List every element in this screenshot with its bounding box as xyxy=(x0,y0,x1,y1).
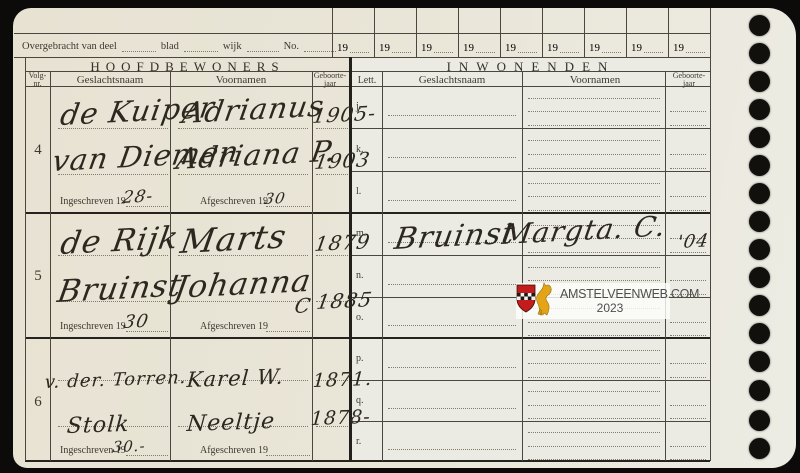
lett-column-header: Lett. xyxy=(352,75,382,86)
gridline-vertical xyxy=(416,8,417,57)
afgeschreven-label: Afgeschreven 19 xyxy=(200,321,268,332)
afgeschreven-label: Afgeschreven 19 xyxy=(200,196,268,207)
writing-line xyxy=(670,459,706,461)
punch-hole xyxy=(749,267,770,288)
firstname-handwritten: Johanna xyxy=(172,263,314,306)
inw-geboortejaar-header: Geboorte- jaar xyxy=(668,72,710,88)
writing-line xyxy=(528,363,660,365)
punch-hole xyxy=(749,43,770,64)
watermark-site-text: AMSTELVEENWEB.COM xyxy=(560,287,670,301)
year-cell: 19 xyxy=(421,42,453,54)
transfer-row: Overgebracht van deel blad wijk No. xyxy=(22,41,341,52)
writing-line xyxy=(528,322,660,324)
gridline-vertical xyxy=(522,71,523,461)
punch-hole xyxy=(749,127,770,148)
punch-hole xyxy=(749,99,770,120)
fill-in-line xyxy=(122,41,156,52)
inwonenden-title: INWONENDEN xyxy=(352,59,710,75)
fill-in-line xyxy=(518,42,537,53)
fill-in-line xyxy=(686,42,705,53)
afgeschreven-label: Afgeschreven 19 xyxy=(200,445,268,456)
crest-lion xyxy=(537,283,552,315)
year-cell: 19 xyxy=(505,42,537,54)
punch-hole xyxy=(749,155,770,176)
writing-line xyxy=(528,432,660,434)
year-cell-label: 19 xyxy=(421,42,432,54)
watermark-year-text: 2023 xyxy=(560,301,660,315)
punch-hole xyxy=(749,183,770,204)
birthyear-handwritten: 1871. xyxy=(312,368,373,392)
writing-line xyxy=(528,98,660,100)
writing-line xyxy=(670,377,706,379)
writing-line xyxy=(528,405,660,407)
writing-line xyxy=(266,331,310,333)
year-cell: 19 xyxy=(673,42,705,54)
year-cell: 19 xyxy=(589,42,621,54)
inw-letter-label: o. xyxy=(356,312,364,323)
writing-line xyxy=(528,154,660,156)
gridline-horizontal xyxy=(352,421,710,422)
gridline-horizontal xyxy=(352,171,710,172)
fill-in-line xyxy=(392,42,411,53)
inw-letter-label: r. xyxy=(356,436,361,447)
punch-hole xyxy=(749,351,770,372)
writing-line xyxy=(528,267,660,269)
year-cell: 19 xyxy=(547,42,579,54)
writing-line xyxy=(670,168,706,170)
transfer-label-no: No. xyxy=(284,41,299,52)
gridline-vertical xyxy=(500,8,501,57)
punch-hole xyxy=(749,211,770,232)
punch-hole xyxy=(749,380,770,401)
ingeschreven-label: Ingeschreven 19 xyxy=(60,196,126,207)
gridline-vertical xyxy=(25,57,26,461)
writing-line xyxy=(388,325,516,327)
gridline-vertical xyxy=(50,71,51,461)
birthyear-handwritten: 1905- xyxy=(311,101,378,128)
writing-line xyxy=(528,140,660,142)
writing-line xyxy=(528,168,660,170)
writing-line xyxy=(670,154,706,156)
writing-line xyxy=(670,418,706,420)
writing-line xyxy=(126,455,168,457)
gridline-vertical xyxy=(584,8,585,57)
writing-line xyxy=(528,183,660,185)
transfer-label-wijk: wijk xyxy=(223,41,242,52)
punch-hole xyxy=(749,323,770,344)
punch-hole xyxy=(749,410,770,431)
gridline-horizontal xyxy=(352,380,710,381)
gridline-vertical xyxy=(382,71,383,461)
gridline-vertical xyxy=(542,8,543,57)
firstname-handwritten: Neeltje xyxy=(186,409,276,437)
hb-geboortejaar-line2: jaar xyxy=(310,80,350,88)
gridline-vertical xyxy=(665,71,666,461)
hb-voornamen-header: Voornamen xyxy=(170,74,312,86)
punch-hole xyxy=(749,239,770,260)
year-cell-label: 19 xyxy=(337,42,348,54)
inw-letter-label: p. xyxy=(356,353,364,364)
scanned-register-page: Overgebracht van deel blad wijk No. 1919… xyxy=(0,0,800,473)
writing-line xyxy=(316,128,348,130)
year-cell-label: 19 xyxy=(379,42,390,54)
punch-hole xyxy=(749,438,770,459)
gridline-vertical xyxy=(458,8,459,57)
fill-in-line xyxy=(350,42,369,53)
writing-line xyxy=(670,335,706,337)
transfer-label-deel: Overgebracht van deel xyxy=(22,41,117,52)
volgnr-header-line2: nr. xyxy=(25,80,50,88)
writing-line xyxy=(388,449,516,451)
surname-handwritten: Stolk xyxy=(66,412,130,439)
writing-line xyxy=(388,367,516,369)
writing-line xyxy=(670,405,706,407)
year-cell-label: 19 xyxy=(463,42,474,54)
gridline-horizontal xyxy=(14,33,710,34)
birthyear-handwritten: 1878- xyxy=(310,406,372,430)
inw-letter-label: m. xyxy=(356,228,366,239)
gridline-horizontal xyxy=(25,86,710,87)
year-cell-label: 19 xyxy=(631,42,642,54)
gridline-horizontal xyxy=(14,57,710,58)
year-cell-label: 19 xyxy=(673,42,684,54)
inw-letter-label: l. xyxy=(356,186,361,197)
writing-line xyxy=(670,196,706,198)
inw-voornamen-header: Voornamen xyxy=(522,74,668,86)
writing-line xyxy=(388,157,516,159)
hb-geslachtsnaam-header: Geslachtsnaam xyxy=(50,74,170,86)
year-cell: 19 xyxy=(337,42,369,54)
inw-letter-label: k. xyxy=(356,144,364,155)
writing-line xyxy=(388,408,516,410)
writing-line xyxy=(528,252,660,254)
year-cell-label: 19 xyxy=(589,42,600,54)
gridline-vertical xyxy=(626,8,627,57)
row-separator-line xyxy=(25,337,710,339)
gridline-vertical xyxy=(668,8,669,57)
volgnr-value: 6 xyxy=(28,394,48,411)
fill-in-line xyxy=(434,42,453,53)
punch-hole xyxy=(749,71,770,92)
writing-line xyxy=(670,210,706,212)
firstname-handwritten: Marts xyxy=(178,217,290,261)
writing-line xyxy=(670,322,706,324)
fill-in-line xyxy=(644,42,663,53)
inw-birthyear-handwritten: '04 xyxy=(676,230,711,253)
gridline-vertical xyxy=(170,71,171,461)
fill-in-line xyxy=(476,42,495,53)
gridline-horizontal xyxy=(352,128,710,129)
writing-line xyxy=(528,196,660,198)
ingeschreven-year-handwritten: 30 xyxy=(122,311,151,333)
ingeschreven-year-handwritten: 30.- xyxy=(112,437,146,456)
writing-line xyxy=(528,111,660,113)
year-cell: 19 xyxy=(379,42,411,54)
writing-line xyxy=(670,363,706,365)
writing-line xyxy=(528,418,660,420)
writing-line xyxy=(670,125,706,127)
inw-letter-label: j. xyxy=(356,101,361,112)
gridline-vertical xyxy=(374,8,375,57)
punch-hole xyxy=(749,15,770,36)
writing-line xyxy=(388,200,516,202)
amstelveen-crest-icon xyxy=(514,281,560,317)
inwonenden-section-background xyxy=(352,57,710,461)
ingeschreven-year-handwritten: 28- xyxy=(121,186,155,208)
volgnr-column-header: Volg- nr. xyxy=(25,72,50,88)
fill-in-line xyxy=(184,41,218,52)
writing-line xyxy=(528,459,660,461)
writing-line xyxy=(528,350,660,352)
inw-geslachtsnaam-header: Geslachtsnaam xyxy=(382,74,522,86)
surname-handwritten: Bruinst xyxy=(55,268,185,310)
writing-line xyxy=(528,446,660,448)
writing-line xyxy=(528,391,660,393)
fill-in-line xyxy=(304,41,336,52)
year-cell-label: 19 xyxy=(547,42,558,54)
birthyear-handwritten: 1885 xyxy=(315,287,374,314)
year-cell-label: 19 xyxy=(505,42,516,54)
inw-geboortejaar-line2: jaar xyxy=(668,80,710,88)
year-cell: 19 xyxy=(463,42,495,54)
writing-line xyxy=(266,455,310,457)
punch-hole xyxy=(749,295,770,316)
year-cell: 19 xyxy=(631,42,663,54)
volgnr-value: 4 xyxy=(28,142,48,159)
transfer-label-blad: blad xyxy=(161,41,179,52)
hoofdbewoners-title: HOOFDBEWONERS xyxy=(25,59,350,75)
ingeschreven-label: Ingeschreven 19 xyxy=(60,321,126,332)
writing-line xyxy=(670,111,706,113)
writing-line xyxy=(528,125,660,127)
inw-letter-label: q. xyxy=(356,395,364,406)
hb-geboortejaar-header: Geboorte- jaar xyxy=(310,72,350,88)
volgnr-value: 5 xyxy=(28,268,48,285)
writing-line xyxy=(670,280,706,282)
writing-line xyxy=(316,174,348,176)
writing-line xyxy=(528,335,660,337)
fill-in-line xyxy=(247,41,279,52)
afgeschreven-year-handwritten: 30 xyxy=(263,189,287,208)
inw-letter-label: n. xyxy=(356,270,364,281)
writing-line xyxy=(528,377,660,379)
writing-line xyxy=(388,115,516,117)
writing-line xyxy=(670,446,706,448)
fill-in-line xyxy=(602,42,621,53)
surname-handwritten: de Rijk xyxy=(58,220,182,262)
fill-in-line xyxy=(560,42,579,53)
firstname-handwritten: Karel W. xyxy=(186,365,285,392)
gridline-vertical xyxy=(710,8,711,461)
writing-line xyxy=(388,284,516,286)
